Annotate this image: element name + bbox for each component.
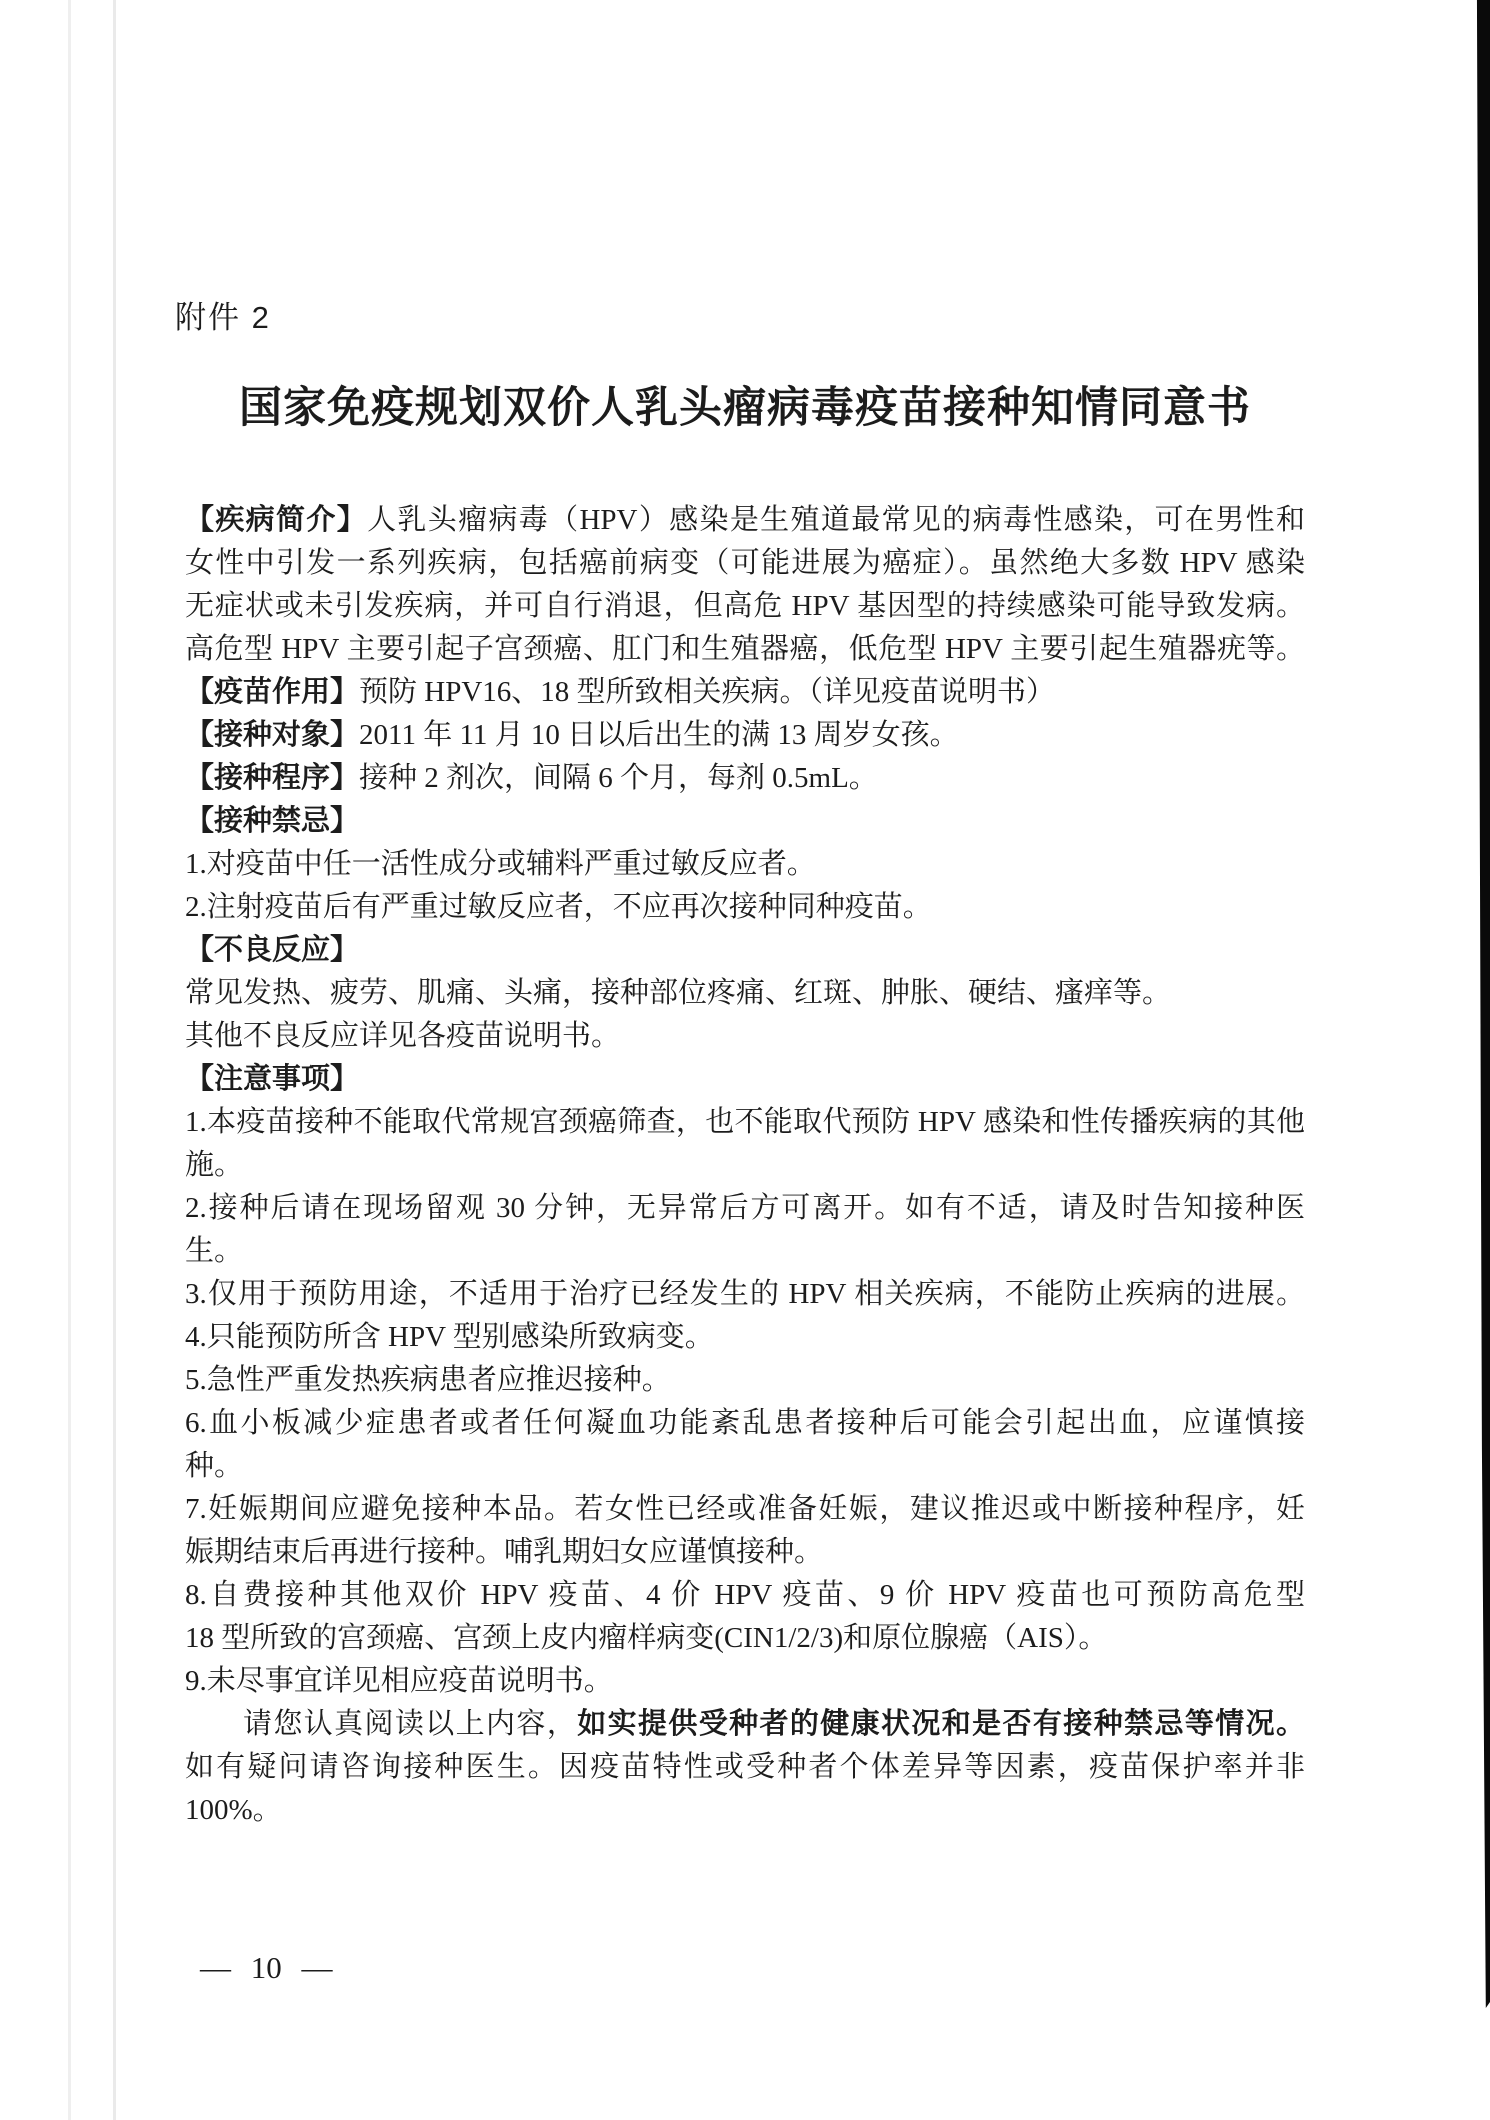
scan-edge-band xyxy=(1475,0,1490,2008)
document-line: 【疾病简介】人乳头瘤病毒（HPV）感染是生殖道最常见的病毒性感染，可在男性和 xyxy=(185,499,1305,542)
text-segment: 生。 xyxy=(185,1235,243,1267)
document-line: 高危型 HPV 主要引起子宫颈癌、肛门和生殖器癌，低危型 HPV 主要引起生殖器… xyxy=(185,628,1305,671)
document-line: 【不良反应】 xyxy=(185,929,1305,972)
text-segment: 2.接种后请在现场留观 30 分钟，无异常后方可离开。如有不适，请及时告知接种医 xyxy=(185,1192,1305,1224)
document-line: 18 型所致的宫颈癌、宫颈上皮内瘤样病变(CIN1/2/3)和原位腺癌（AIS）… xyxy=(185,1617,1305,1660)
document-line: 【接种程序】接种 2 剂次，间隔 6 个月，每剂 0.5mL。 xyxy=(185,757,1305,800)
page-number: — 10 — xyxy=(200,1948,333,1988)
document-line: 【疫苗作用】预防 HPV16、18 型所致相关疾病。（详见疫苗说明书） xyxy=(185,671,1305,714)
text-segment: 4.只能预防所含 HPV 型别感染所致病变。 xyxy=(185,1321,714,1353)
document-line: 6.血小板减少症患者或者任何凝血功能紊乱患者接种后可能会引起出血，应谨慎接 xyxy=(185,1402,1305,1445)
scan-streak xyxy=(113,0,116,2120)
section-header: 【不良反应】 xyxy=(185,934,359,966)
section-header: 【接种对象】 xyxy=(185,719,359,751)
document-line: 请您认真阅读以上内容，如实提供受种者的健康状况和是否有接种禁忌等情况。 xyxy=(185,1703,1305,1746)
text-segment: 种。 xyxy=(185,1450,243,1482)
text-segment: 请您认真阅读以上内容， xyxy=(243,1708,577,1740)
text-segment: 预防 HPV16、18 型所致相关疾病。（详见疫苗说明书） xyxy=(359,676,1055,708)
text-segment: 2.注射疫苗后有严重过敏反应者，不应再次接种同种疫苗。 xyxy=(185,891,932,923)
attachment-label: 附件 2 xyxy=(175,298,271,338)
document-line: 生。 xyxy=(185,1230,1305,1273)
text-segment: 施。 xyxy=(185,1149,243,1181)
document-line: 【接种禁忌】 xyxy=(185,800,1305,843)
text-segment: 如有疑问请咨询接种医生。因疫苗特性或受种者个体差异等因素，疫苗保护率并非 xyxy=(185,1751,1305,1783)
document-line: 5.急性严重发热疾病患者应推迟接种。 xyxy=(185,1359,1305,1402)
text-segment: 6.血小板减少症患者或者任何凝血功能紊乱患者接种后可能会引起出血，应谨慎接 xyxy=(185,1407,1305,1439)
section-header: 【疾病简介】 xyxy=(185,504,367,536)
text-segment: 18 型所致的宫颈癌、宫颈上皮内瘤样病变(CIN1/2/3)和原位腺癌（AIS）… xyxy=(185,1622,1107,1654)
text-segment: 如实提供受种者的健康状况和是否有接种禁忌等情况。 xyxy=(577,1708,1305,1740)
text-segment: 9.未尽事宜详见相应疫苗说明书。 xyxy=(185,1665,613,1697)
text-segment: 1.对疫苗中任一活性成分或辅料严重过敏反应者。 xyxy=(185,848,816,880)
document-line: 7.妊娠期间应避免接种本品。若女性已经或准备妊娠，建议推迟或中断接种程序，妊 xyxy=(185,1488,1305,1531)
document-line: 【接种对象】2011 年 11 月 10 日以后出生的满 13 周岁女孩。 xyxy=(185,714,1305,757)
text-segment: 7.妊娠期间应避免接种本品。若女性已经或准备妊娠，建议推迟或中断接种程序，妊 xyxy=(185,1493,1305,1525)
scanned-document-page: 附件 2 国家免疫规划双价人乳头瘤病毒疫苗接种知情同意书 【疾病简介】人乳头瘤病… xyxy=(0,0,1490,2120)
document-line: 种。 xyxy=(185,1445,1305,1488)
document-line: 4.只能预防所含 HPV 型别感染所致病变。 xyxy=(185,1316,1305,1359)
section-header: 【注意事项】 xyxy=(185,1063,359,1095)
text-segment: 其他不良反应详见各疫苗说明书。 xyxy=(185,1020,620,1052)
document-line: 3.仅用于预防用途，不适用于治疗已经发生的 HPV 相关疾病，不能防止疾病的进展… xyxy=(185,1273,1305,1316)
document-line: 如有疑问请咨询接种医生。因疫苗特性或受种者个体差异等因素，疫苗保护率并非 xyxy=(185,1746,1305,1789)
section-header: 【接种程序】 xyxy=(185,762,359,794)
scan-streak xyxy=(68,0,71,2120)
text-segment: 100%。 xyxy=(185,1794,282,1826)
document-line: 1.本疫苗接种不能取代常规宫颈癌筛查，也不能取代预防 HPV 感染和性传播疾病的… xyxy=(185,1101,1305,1144)
document-line: 女性中引发一系列疾病，包括癌前病变（可能进展为癌症）。虽然绝大多数 HPV 感染 xyxy=(185,542,1305,585)
text-segment: 娠期结束后再进行接种。哺乳期妇女应谨慎接种。 xyxy=(185,1536,823,1568)
text-segment: 5.急性严重发热疾病患者应推迟接种。 xyxy=(185,1364,671,1396)
document-line: 8.自费接种其他双价 HPV 疫苗、4 价 HPV 疫苗、9 价 HPV 疫苗也… xyxy=(185,1574,1305,1617)
text-segment: 无症状或未引发疾病，并可自行消退，但高危 HPV 基因型的持续感染可能导致发病。 xyxy=(185,590,1305,622)
document-line: 2.注射疫苗后有严重过敏反应者，不应再次接种同种疫苗。 xyxy=(185,886,1305,929)
section-header: 【接种禁忌】 xyxy=(185,805,359,837)
document-line: 常见发热、疲劳、肌痛、头痛，接种部位疼痛、红斑、肿胀、硬结、瘙痒等。 xyxy=(185,972,1305,1015)
document-line: 9.未尽事宜详见相应疫苗说明书。 xyxy=(185,1660,1305,1703)
text-segment: 8.自费接种其他双价 HPV 疫苗、4 价 HPV 疫苗、9 价 HPV 疫苗也… xyxy=(185,1579,1305,1617)
text-segment: 1.本疫苗接种不能取代常规宫颈癌筛查，也不能取代预防 HPV 感染和性传播疾病的… xyxy=(185,1106,1305,1144)
document-line: 其他不良反应详见各疫苗说明书。 xyxy=(185,1015,1305,1058)
document-body: 【疾病简介】人乳头瘤病毒（HPV）感染是生殖道最常见的病毒性感染，可在男性和女性… xyxy=(185,499,1305,1832)
text-segment: 常见发热、疲劳、肌痛、头痛，接种部位疼痛、红斑、肿胀、硬结、瘙痒等。 xyxy=(185,977,1171,1009)
text-segment: 女性中引发一系列疾病，包括癌前病变（可能进展为癌症）。虽然绝大多数 HPV 感染 xyxy=(185,547,1305,579)
section-header: 【疫苗作用】 xyxy=(185,676,359,708)
document-line: 施。 xyxy=(185,1144,1305,1187)
document-line: 【注意事项】 xyxy=(185,1058,1305,1101)
document-line: 1.对疫苗中任一活性成分或辅料严重过敏反应者。 xyxy=(185,843,1305,886)
document-line: 100%。 xyxy=(185,1789,1305,1832)
document-line: 娠期结束后再进行接种。哺乳期妇女应谨慎接种。 xyxy=(185,1531,1305,1574)
text-segment: 2011 年 11 月 10 日以后出生的满 13 周岁女孩。 xyxy=(359,719,959,751)
text-segment: 接种 2 剂次，间隔 6 个月，每剂 0.5mL。 xyxy=(359,762,878,794)
document-title: 国家免疫规划双价人乳头瘤病毒疫苗接种知情同意书 xyxy=(0,381,1490,437)
text-segment: 3.仅用于预防用途，不适用于治疗已经发生的 HPV 相关疾病，不能防止疾病的进展… xyxy=(185,1278,1305,1310)
text-segment: 高危型 HPV 主要引起子宫颈癌、肛门和生殖器癌，低危型 HPV 主要引起生殖器… xyxy=(185,633,1305,665)
document-line: 无症状或未引发疾病，并可自行消退，但高危 HPV 基因型的持续感染可能导致发病。 xyxy=(185,585,1305,628)
document-line: 2.接种后请在现场留观 30 分钟，无异常后方可离开。如有不适，请及时告知接种医 xyxy=(185,1187,1305,1230)
text-segment: 人乳头瘤病毒（HPV）感染是生殖道最常见的病毒性感染，可在男性和 xyxy=(367,504,1305,536)
